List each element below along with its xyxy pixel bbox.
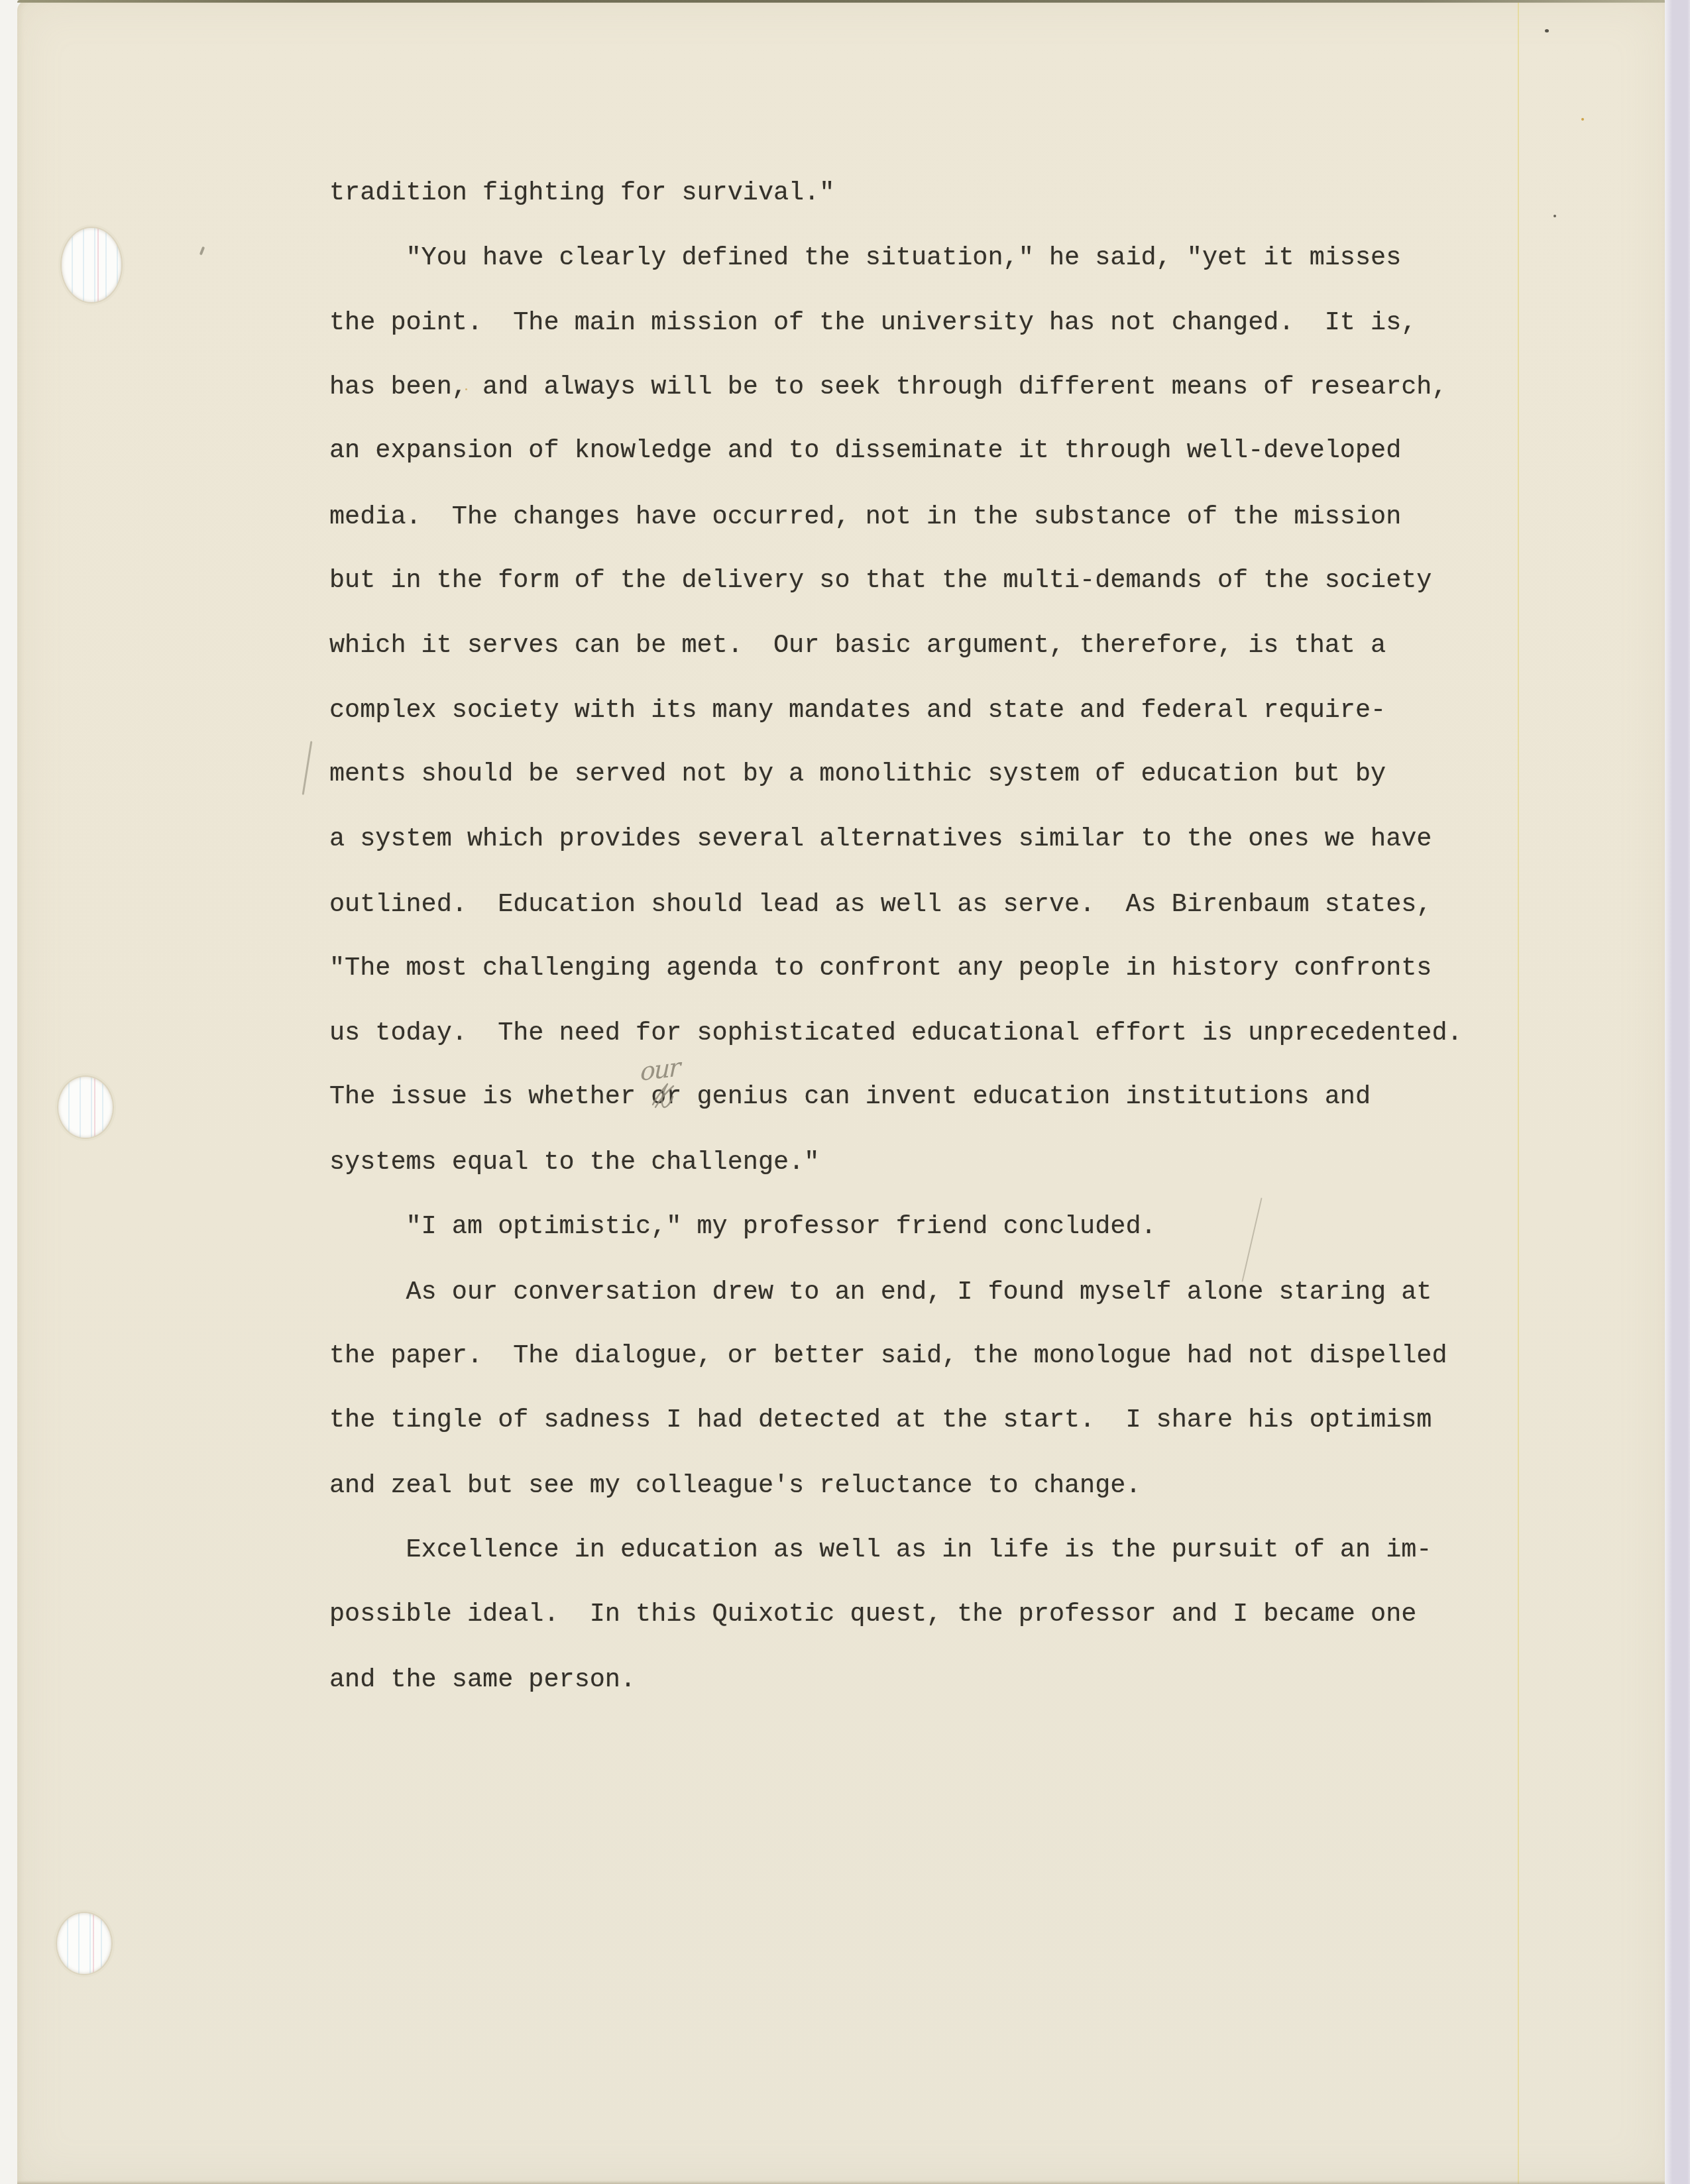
text-line: systems equal to the challenge." [329,1130,1463,1195]
document-page: tradition fighting for survival." "You h… [17,0,1665,2184]
text-line: Excellence in education as well as in li… [329,1518,1463,1583]
text-line: the paper. The dialogue, or better said,… [329,1324,1463,1389]
struck-word-text: or [651,1082,681,1111]
text-line: which it serves can be met. Our basic ar… [329,614,1463,679]
text-line: the point. The main mission of the unive… [329,291,1463,356]
punch-hole-middle [58,1077,113,1138]
text-line: tradition fighting for survival." [329,161,1463,226]
punch-hole-top [62,228,121,302]
text-line: complex society with its many mandates a… [329,679,1463,743]
paper-top-edge [17,0,1665,3]
text-line: "I am optimistic," my professor friend c… [329,1195,1463,1260]
paper-crease-line [1518,3,1519,2184]
text-line: an expansion of knowledge and to dissemi… [329,419,1463,484]
stray-pencil-mark [199,246,205,256]
text-line: and the same person. [329,1648,1463,1713]
text-segment: The issue is whether [329,1082,651,1111]
scanner-background-right [1665,0,1690,2184]
text-line: "The most challenging agenda to confront… [329,936,1463,1001]
typewritten-text: tradition fighting for survival." "You h… [329,161,1463,1712]
text-line-with-correction: The issue is whether orour genius can in… [329,1065,1463,1130]
text-line: has been, and always will be to seek thr… [329,355,1463,420]
text-line: us today. The need for sophisticated edu… [329,1001,1463,1066]
text-line: media. The changes have occurred, not in… [329,485,1463,550]
text-line: and zeal but see my colleague's reluctan… [329,1454,1463,1519]
paper-speck [1545,29,1549,32]
struck-word: orour [651,1065,681,1130]
text-line: the tingle of sadness I had detected at … [329,1388,1463,1453]
text-line: possible ideal. In this Quixotic quest, … [329,1582,1463,1647]
text-line: "You have clearly defined the situation,… [329,226,1463,291]
punch-hole-bottom [57,1913,111,1974]
pencil-slash-margin [302,741,312,794]
scanned-page-background: { "page": { "description": "Typewritten … [0,0,1690,2184]
paper-speck [1553,215,1556,217]
text-line: outlined. Education should lead as well … [329,873,1463,938]
text-line: ments should be served not by a monolith… [329,742,1463,807]
paper-speck [1581,118,1584,121]
text-line: a system which provides several alternat… [329,807,1463,872]
handwritten-correction-our: our [640,1054,680,1085]
paper-bottom-edge [17,2181,1665,2184]
text-line: As our conversation drew to an end, I fo… [329,1260,1463,1325]
text-line: but in the form of the delivery so that … [329,549,1463,614]
text-segment: genius can invent education institutions… [681,1082,1371,1111]
